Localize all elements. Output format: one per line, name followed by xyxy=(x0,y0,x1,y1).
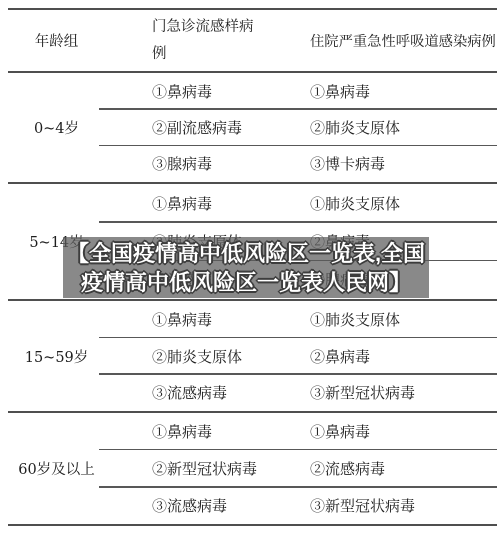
pathogen-item: ①鼻病毒 xyxy=(152,301,302,338)
pathogen-item: ③新型冠状病毒 xyxy=(310,374,498,411)
pathogen-item: ①鼻病毒 xyxy=(152,413,302,450)
header-age-group: 年龄组 xyxy=(8,10,105,71)
pathogen-item: ①鼻病毒 xyxy=(310,413,498,450)
sari-cell-group: ①肺炎支原体 ②鼻病毒 ③新型冠状病毒 xyxy=(310,301,498,411)
pathogen-item: ②新型冠状病毒 xyxy=(152,450,302,487)
pathogen-item: ③流感病毒 xyxy=(152,374,302,411)
sari-cell-group: ①鼻病毒 ②肺炎支原体 ③博卡病毒 xyxy=(310,73,498,182)
age-label: 60岁及以上 xyxy=(8,413,105,524)
sari-cell-group: ①鼻病毒 ②流感病毒 ③新型冠状病毒 xyxy=(310,413,498,524)
age-group-row-60-plus: 60岁及以上 ①鼻病毒 ②新型冠状病毒 ③流感病毒 ①鼻病毒 ②流感病毒 ③新型… xyxy=(0,413,500,524)
pathogen-item: ③腺病毒 xyxy=(152,146,302,182)
age-group-row-0-4: 0~4岁 ①鼻病毒 ②副流感病毒 ③腺病毒 ①鼻病毒 ②肺炎支原体 ③博卡病毒 xyxy=(0,73,500,182)
pathogen-item: ①肺炎支原体 xyxy=(310,301,498,338)
age-group-row-15-59: 15~59岁 ①鼻病毒 ②肺炎支原体 ③流感病毒 ①肺炎支原体 ②鼻病毒 ③新型… xyxy=(0,301,500,411)
pathogen-item: ①鼻病毒 xyxy=(152,184,302,222)
header-ili-cases-text: 门急诊流感样病例 xyxy=(152,14,258,68)
ili-cell-group: ①鼻病毒 ②新型冠状病毒 ③流感病毒 xyxy=(152,413,302,524)
watermark-line-1: 【全国疫情高中低风险区一览表,全国 xyxy=(67,239,425,268)
ili-cell-group: ①鼻病毒 ②肺炎支原体 ③流感病毒 xyxy=(152,301,302,411)
pathogen-item: ①鼻病毒 xyxy=(152,73,302,109)
pathogen-item: ③新型冠状病毒 xyxy=(310,487,498,524)
pathogen-item: ②肺炎支原体 xyxy=(310,109,498,145)
pathogen-item: ③流感病毒 xyxy=(152,487,302,524)
ili-cell-group: ①鼻病毒 ②副流感病毒 ③腺病毒 xyxy=(152,73,302,182)
age-label: 0~4岁 xyxy=(8,73,105,182)
header-sari-cases: 住院严重急性呼吸道感染病例 xyxy=(310,10,500,71)
page: 年龄组 门急诊流感样病例 住院严重急性呼吸道感染病例 0~4岁 ①鼻病毒 ②副流… xyxy=(0,0,500,535)
pathogen-item: ③博卡病毒 xyxy=(310,146,498,182)
pathogen-item: ②流感病毒 xyxy=(310,450,498,487)
pathogen-item: ①肺炎支原体 xyxy=(310,184,498,222)
pathogen-item: ①鼻病毒 xyxy=(310,73,498,109)
age-label: 15~59岁 xyxy=(8,301,105,411)
pathogen-item: ②鼻病毒 xyxy=(310,338,498,375)
header-ili-cases: 门急诊流感样病例 xyxy=(152,10,264,71)
watermark-line-2: 疫情高中低风险区一览表人民网】 xyxy=(81,268,411,297)
table-header: 年龄组 门急诊流感样病例 住院严重急性呼吸道感染病例 xyxy=(0,10,500,71)
pathogen-item: ②副流感病毒 xyxy=(152,109,302,145)
watermark-overlay: 【全国疫情高中低风险区一览表,全国 疫情高中低风险区一览表人民网】 xyxy=(63,237,429,298)
table-bottom-rule xyxy=(8,524,497,526)
pathogen-item: ②肺炎支原体 xyxy=(152,338,302,375)
